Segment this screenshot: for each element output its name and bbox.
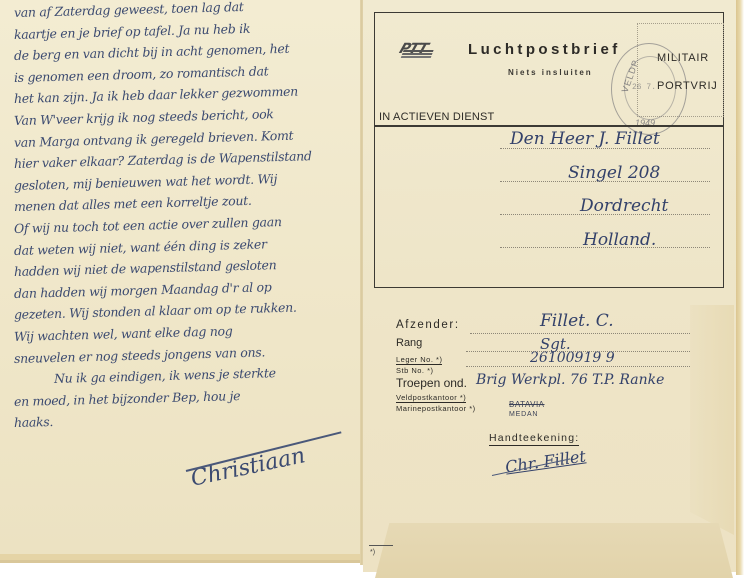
service-label: IN ACTIEVEN DIENST: [379, 111, 494, 123]
footnote-mark: *): [370, 549, 375, 556]
handwritten-letter-page: van af Zaterdag geweest, toen lag dat ka…: [0, 0, 362, 563]
postkantoor-struck: BATAVIA: [509, 400, 545, 409]
address-street: Singel 208: [568, 163, 660, 183]
afzender-value: Fillet. C.: [540, 311, 614, 331]
bottom-flap: [375, 523, 733, 578]
afzender-dots: [470, 332, 690, 334]
header-divider: [375, 125, 723, 127]
address-recipient: Den Heer J. Fillet: [510, 129, 660, 149]
troepen-value: Brig Werkpl. 76 T.P. Ranke: [476, 372, 664, 388]
envelope-title: Luchtpostbrief: [468, 41, 621, 58]
stamp-text-militair: MILITAIR: [657, 52, 709, 64]
marinepostkantoor-label: Marinepostkantoor *): [396, 404, 476, 413]
rang-label: Rang: [396, 337, 422, 349]
stamp-text-portvrij: PORTVRIJ: [657, 80, 718, 92]
afzender-label: Afzender:: [396, 319, 460, 331]
leger-no-label: Leger No. *): [396, 355, 442, 365]
stb-no-label: Stb No. *): [396, 366, 434, 375]
postkantoor-value: MEDAN: [509, 411, 538, 418]
troepen-label: Troepen ond.: [396, 376, 467, 390]
postmark-year: 1949: [635, 118, 655, 128]
address-country: Holland.: [583, 230, 656, 250]
envelope-edge: [736, 0, 744, 575]
side-flap: [690, 305, 734, 535]
nummer-value: 26100919 9: [530, 350, 615, 366]
address-city: Dordrecht: [580, 196, 668, 216]
envelope-subtitle: Niets insluiten: [508, 68, 593, 77]
letter-signature: Christiaan: [189, 443, 308, 492]
footnote-rule: [369, 545, 393, 546]
veldpostkantoor-label: Veldpostkantoor *): [396, 393, 466, 403]
ptt-logo-icon: PTT: [397, 41, 430, 57]
aerogramme-envelope: PTT Luchtpostbrief Niets insluiten VELDP…: [363, 0, 739, 572]
handteekening-label: Handteekening:: [489, 432, 579, 446]
address-panel: PTT Luchtpostbrief Niets insluiten VELDP…: [374, 12, 724, 288]
letter-body: van af Zaterdag geweest, toen lag dat ka…: [14, 2, 354, 434]
postmark-date: 26 7.: [632, 83, 656, 92]
